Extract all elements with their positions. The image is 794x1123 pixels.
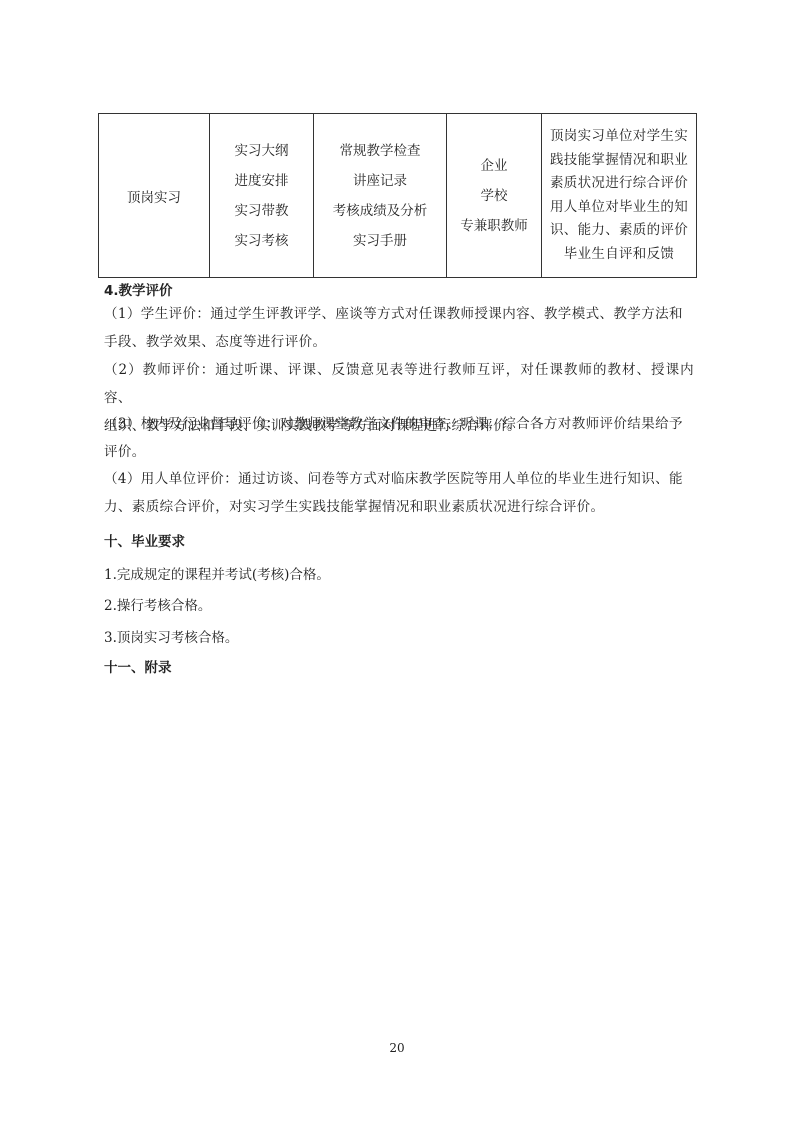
documents-cell: 实习大纲 进度安排 实习带教 实习考核 (210, 114, 314, 278)
documents-line: 实习带教 (210, 196, 313, 226)
records-line: 实习手册 (314, 226, 446, 256)
content-line: 顶岗实习单位对学生实 (542, 125, 696, 149)
requirement-item: 1.完成规定的课程并考试(考核)合格。 (104, 563, 694, 583)
requirement-item: 3.顶岗实习考核合格。 (104, 626, 694, 646)
content-line: 用人单位对毕业生的知 (542, 196, 696, 220)
content-line: 素质状况进行综合评价 (542, 172, 696, 196)
paragraph-student-evaluation: （1）学生评价：通过学生评教评学、座谈等方式对任课教师授课内容、教学模式、教学方… (104, 300, 694, 356)
page-number: 20 (0, 1041, 794, 1055)
documents-line: 实习考核 (210, 226, 313, 256)
evaluators-cell: 企业 学校 专兼职教师 (447, 114, 542, 278)
table-row: 顶岗实习 实习大纲 进度安排 实习带教 实习考核 常规教学检查 讲座记录 考核成… (99, 114, 697, 278)
content-line: 识、能力、素质的评价 (542, 219, 696, 243)
category-cell: 顶岗实习 (99, 114, 210, 278)
section-heading-graduation-requirements: 十、毕业要求 (104, 530, 694, 550)
documents-line: 实习大纲 (210, 136, 313, 166)
document-page: 顶岗实习 实习大纲 进度安排 实习带教 实习考核 常规教学检查 讲座记录 考核成… (0, 0, 794, 1123)
content-line: 毕业生自评和反馈 (542, 243, 696, 267)
records-line: 考核成绩及分析 (314, 196, 446, 226)
requirement-item: 2.操行考核合格。 (104, 594, 694, 614)
records-line: 讲座记录 (314, 166, 446, 196)
paragraph-supervisor-evaluation: （3）校内及行业督导评价：对教师课堂教学文件的审查、听课，综合各方对教师评价结果… (104, 410, 694, 466)
documents-line: 进度安排 (210, 166, 313, 196)
evaluation-table: 顶岗实习 实习大纲 进度安排 实习带教 实习考核 常规教学检查 讲座记录 考核成… (98, 113, 697, 278)
evaluators-line: 学校 (447, 181, 541, 211)
evaluators-line: 专兼职教师 (447, 211, 541, 241)
section-heading-teaching-evaluation: 4.教学评价 (104, 279, 694, 299)
records-cell: 常规教学检查 讲座记录 考核成绩及分析 实习手册 (314, 114, 447, 278)
section-heading-appendix: 十一、附录 (104, 656, 694, 676)
content-line: 践技能掌握情况和职业 (542, 149, 696, 173)
records-line: 常规教学检查 (314, 136, 446, 166)
content-cell: 顶岗实习单位对学生实 践技能掌握情况和职业 素质状况进行综合评价 用人单位对毕业… (542, 114, 697, 278)
paragraph-employer-evaluation: （4）用人单位评价：通过访谈、问卷等方式对临床教学医院等用人单位的毕业生进行知识… (104, 465, 694, 521)
evaluators-line: 企业 (447, 151, 541, 181)
